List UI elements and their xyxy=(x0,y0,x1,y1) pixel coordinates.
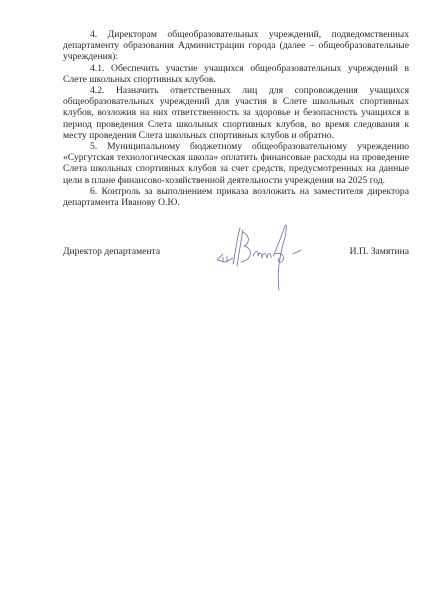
signatory-name: И.П. Замятина xyxy=(350,246,409,257)
paragraph-4-2: 4.2. Назначить ответственных лиц для соп… xyxy=(63,85,409,141)
paragraph-4: 4. Директорам общеобразовательных учрежд… xyxy=(63,29,409,63)
handwritten-signature-icon xyxy=(213,224,323,292)
signatory-title: Директор департамента xyxy=(63,246,160,257)
paragraph-4-1: 4.1. Обеспечить участие учащихся общеобр… xyxy=(63,63,409,85)
paragraph-6: 6. Контроль за выполнением приказа возло… xyxy=(63,186,409,208)
paragraph-5: 5. Муниципальному бюджетному общеобразов… xyxy=(63,141,409,186)
document-body: 4. Директорам общеобразовательных учрежд… xyxy=(63,29,409,208)
